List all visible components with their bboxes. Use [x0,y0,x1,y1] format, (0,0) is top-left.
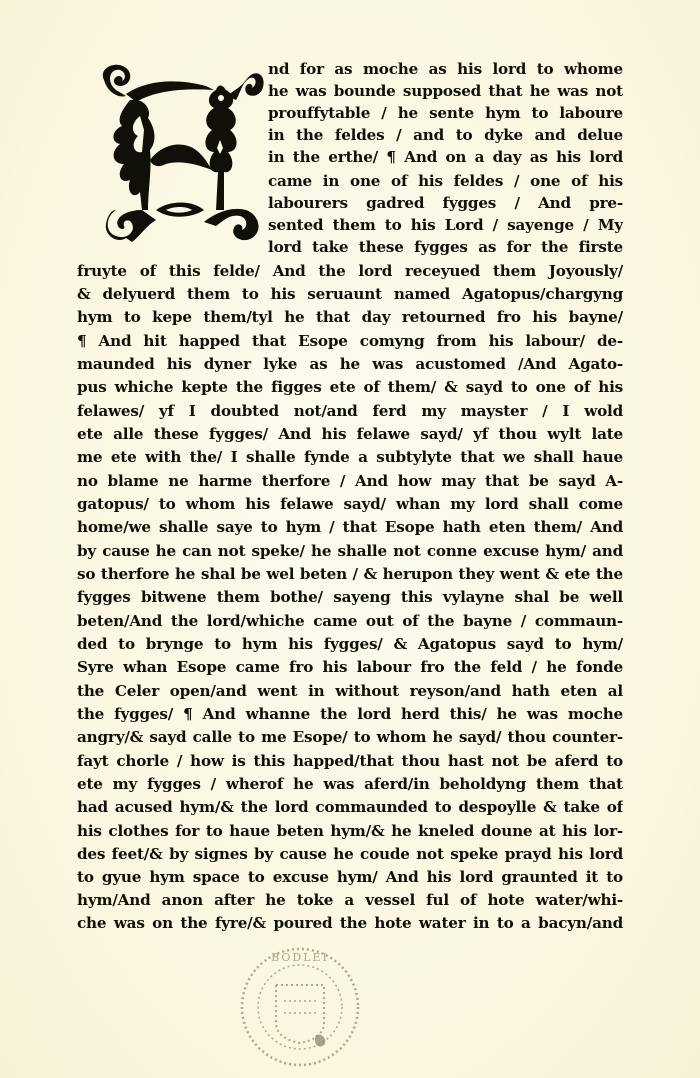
text-line: hym to kepe them/tyl he that day retourn… [77,306,623,328]
text-line: angry/& sayd calle to me Esope/ to whom … [77,726,623,748]
text-line: & delyuerd them to his seruaunt named Ag… [77,283,623,305]
book-page: nd for as moche as his lord to whome he … [0,0,700,1078]
text-line: he was bounde supposed that he was not [268,80,623,102]
text-line: ¶ And hit happed that Esope comyng from … [77,330,623,352]
text-line: labourers gadred fygges / And pre- [268,192,623,214]
text-line: sented them to his Lord / sayenge / My [268,214,623,236]
text-line: fayt chorle / how is this happed/that th… [77,750,623,772]
text-line: beten/And the lord/whiche came out of th… [77,610,623,632]
text-line: des feet/& by signes by cause he coude n… [77,843,623,865]
text-line: gatopus/ to whom his felawe sayd/ whan m… [77,493,623,515]
text-line: his clothes for to haue beten hym/& he k… [77,820,623,842]
library-stamp-icon: BODLEI [238,945,362,1069]
text-line: me ete with the/ I shalle fynde a subtyl… [77,446,623,468]
text-line: by cause he can not speke/ he shalle not… [77,540,623,562]
text-line: che was on the fyre/& poured the hote wa… [77,912,623,934]
text-line: no blame ne harme therfore / And how may… [77,470,623,492]
text-line: had acused hym/& the lord commaunded to … [77,796,623,818]
text-line: ded to brynge to hym his fygges/ & Agato… [77,633,623,655]
text-line: home/we shalle saye to hym / that Esope … [77,516,623,538]
text-line: the Celer open/and went in without reyso… [77,680,623,702]
text-line: in the feldes / and to dyke and delue [268,124,623,146]
text-line: in the erthe/ ¶ And on a day as his lord [268,146,623,168]
svg-text:BODLEI: BODLEI [271,951,329,964]
text-line: pus whiche kepte the figges ete of them/… [77,376,623,398]
text-line: Syre whan Esope came fro his labour fro … [77,656,623,678]
text-line: to gyue hym space to excuse hym/ And his… [77,866,623,888]
text-line: ete my fygges / wherof he was aferd/in b… [77,773,623,795]
text-line: hym/And anon after he toke a vessel ful … [77,889,623,911]
text-line: ete alle these fygges/ And his felawe sa… [77,423,623,445]
text-line: fruyte of this felde/ And the lord recey… [77,260,623,282]
text-line: fygges bitwene them bothe/ sayeng this v… [77,586,623,608]
text-line: came in one of his feldes / one of his [268,170,623,192]
text-line: the fygges/ ¶ And whanne the lord herd t… [77,703,623,725]
text-line: maunded his dyner lyke as he was acustom… [77,353,623,375]
text-line: lord take these fygges as for the firste [268,236,623,258]
decorated-initial-a-icon [96,60,266,250]
text-line: nd for as moche as his lord to whome [268,58,623,80]
text-line: so therfore he shal be wel beten / & her… [77,563,623,585]
text-line: felawes/ yf I doubted not/and ferd my ma… [77,400,623,422]
text-line: prouffytable / he sente hym to laboure [268,102,623,124]
